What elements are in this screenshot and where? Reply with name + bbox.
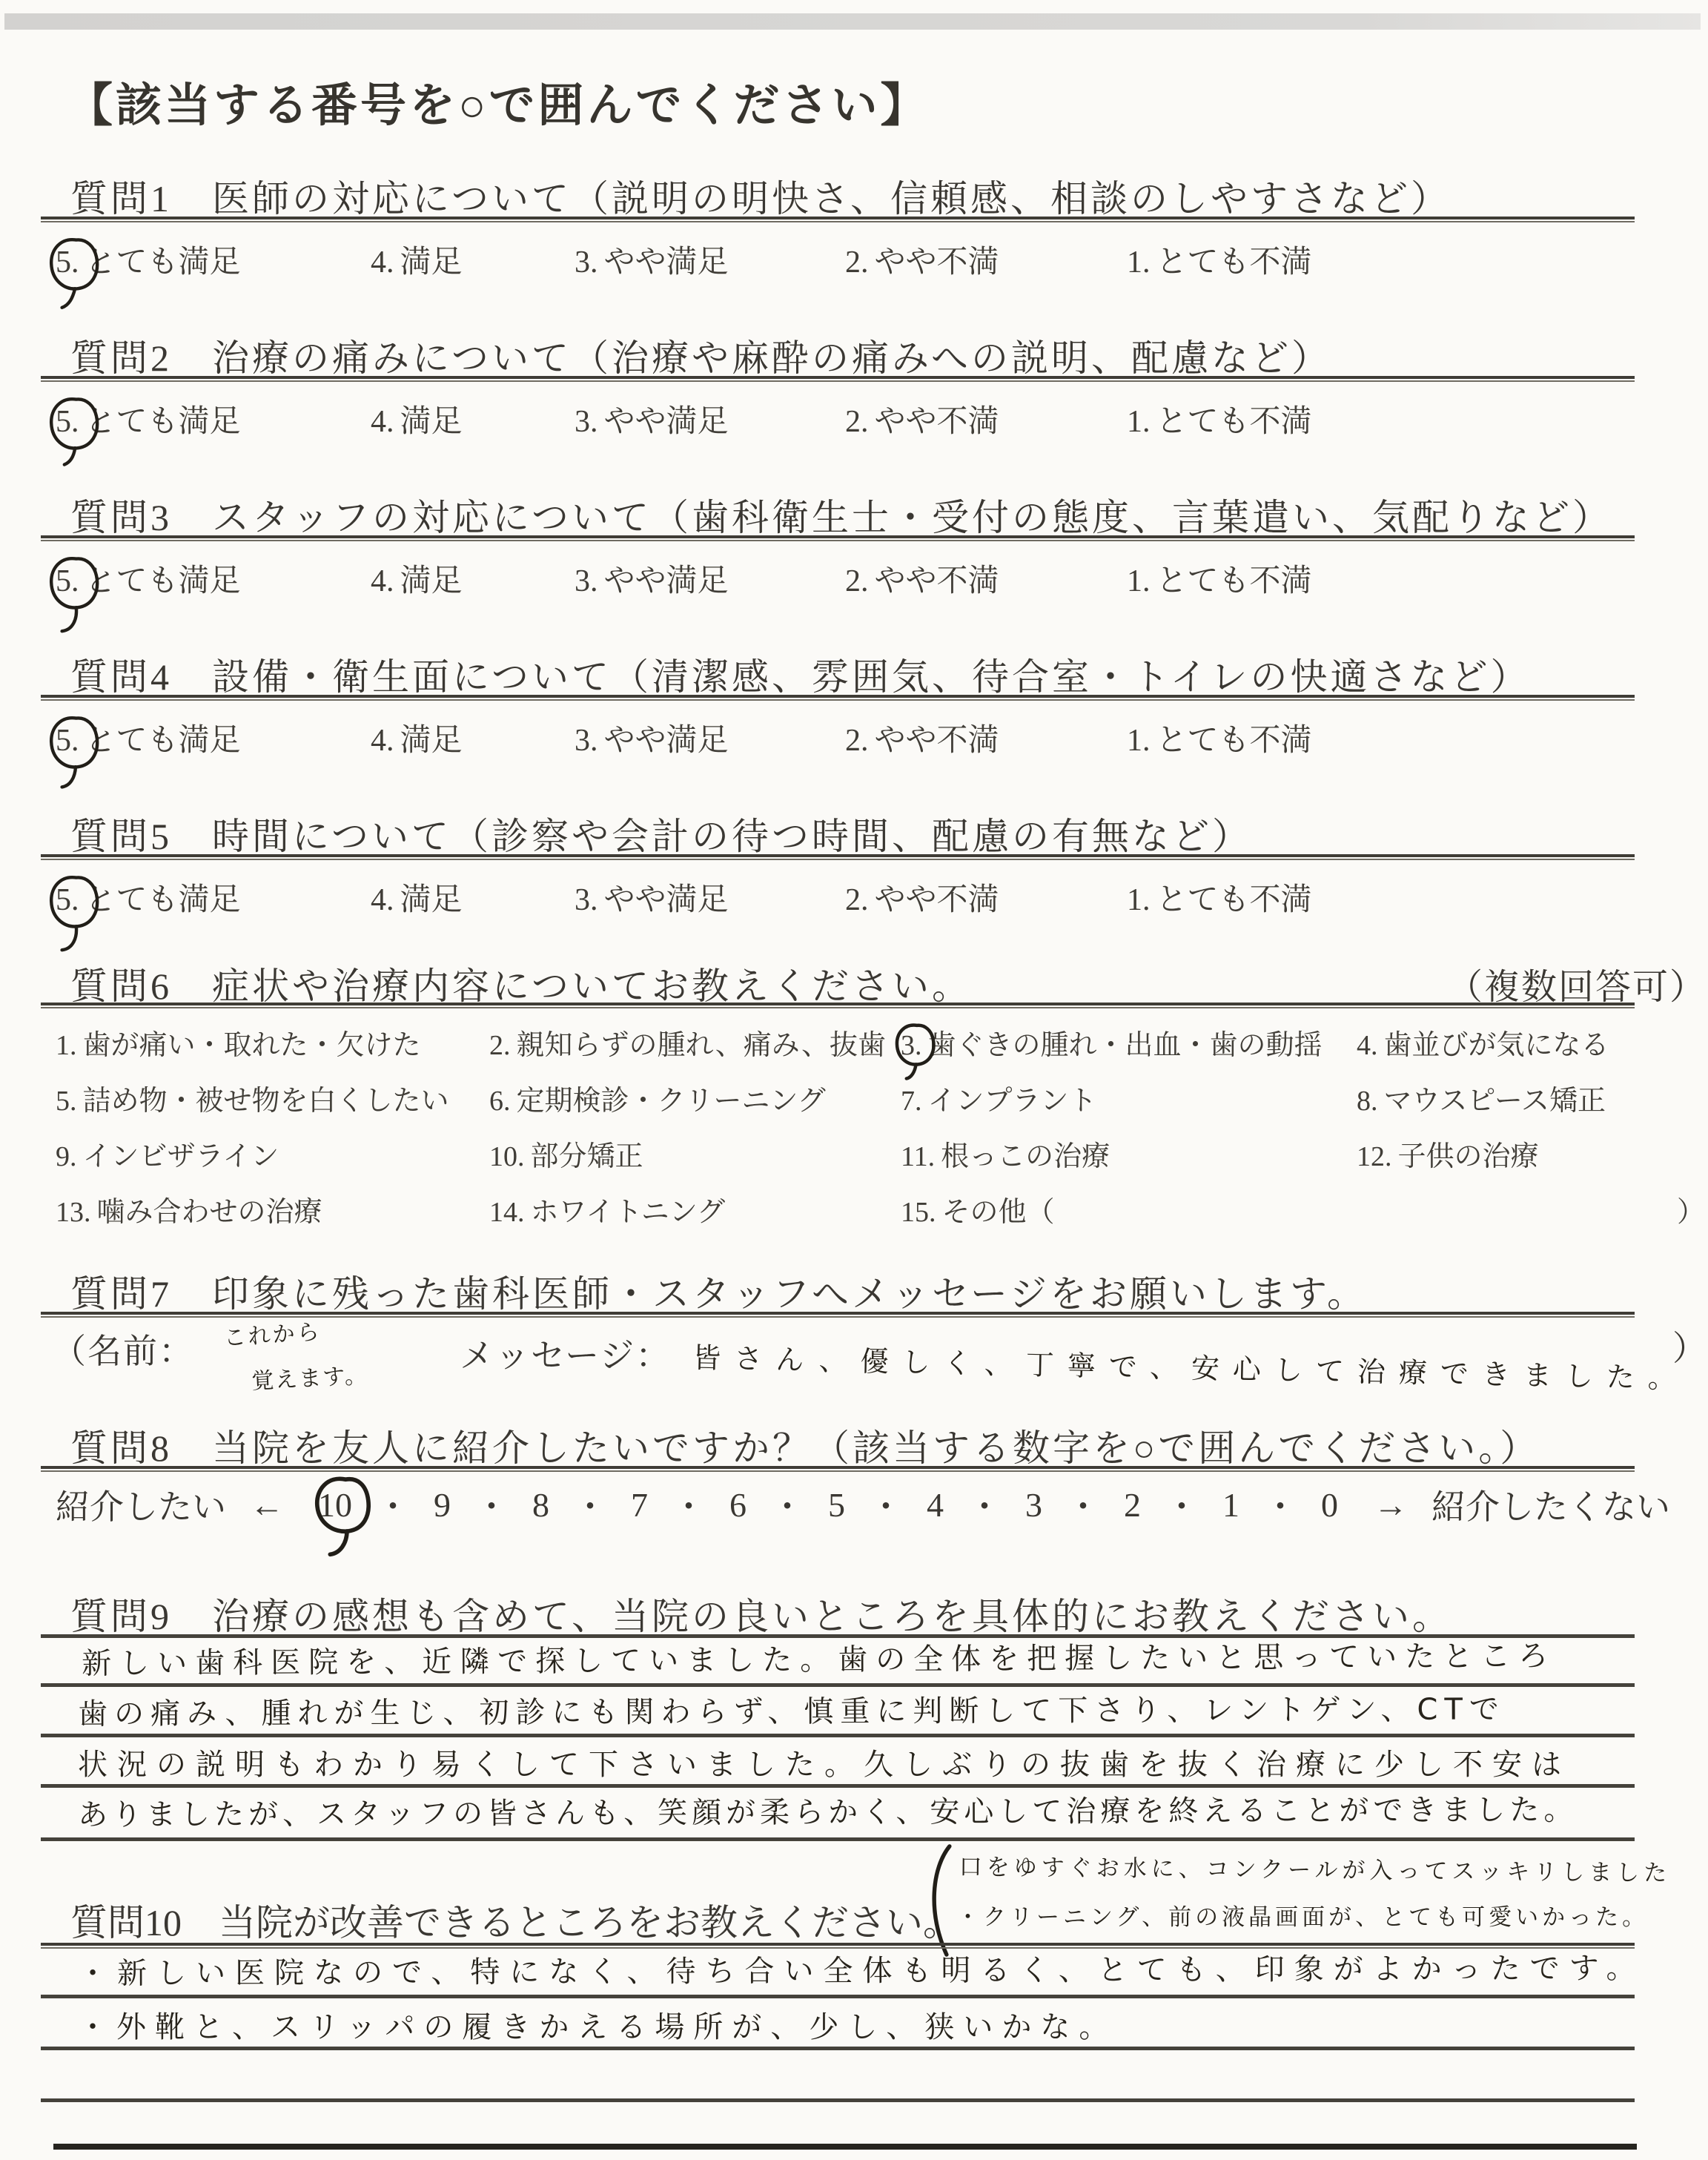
- option-number-text: 3.: [575, 723, 598, 759]
- option-number-text: 3.: [575, 564, 598, 599]
- scale-dot: ・: [1263, 1480, 1297, 1529]
- scale-number-7: 7: [631, 1485, 648, 1525]
- scale-right-label: 紹介したくない: [1431, 1480, 1670, 1529]
- q6-other-close-paren: ）: [1677, 1189, 1705, 1229]
- q1-option-5-number: 5.: [56, 245, 79, 280]
- q6-option-6: 6.定期検診・クリーニング: [489, 1077, 826, 1118]
- q6-option-8: 8.マウスピース矯正: [1357, 1077, 1606, 1118]
- option-number-text: 2.: [845, 882, 869, 918]
- q5-option-3: 3.やや満足: [575, 875, 729, 919]
- q6-option-3: 3.歯ぐきの腫れ・出血・歯の動揺: [901, 1022, 1323, 1063]
- q6-option-10: 10.部分矯正: [489, 1133, 643, 1174]
- scale-left-label: 紹介したい: [56, 1480, 226, 1529]
- writing-line: [41, 2047, 1635, 2050]
- option-label: やや満足: [604, 405, 729, 439]
- option-number-text: 1.: [1127, 564, 1151, 599]
- option-number-text: 9.: [56, 1140, 77, 1173]
- option-label: インビザライン: [83, 1141, 279, 1172]
- q4-option-2: 2.やや不満: [845, 716, 999, 760]
- q6-option-11: 11.根っこの治療: [901, 1133, 1110, 1174]
- scale-number-9: 9: [434, 1485, 451, 1525]
- option-number-text: 5.: [56, 1085, 77, 1117]
- writing-line: [41, 1734, 1635, 1737]
- q4-option-1: 1.とても不満: [1127, 716, 1312, 760]
- scale-number-3: 3: [1025, 1485, 1042, 1525]
- q6-option-15: 15.その他（: [901, 1189, 1055, 1229]
- option-label: とても不満: [1156, 405, 1312, 439]
- q6-option-14: 14.ホワイトニング: [489, 1189, 725, 1229]
- q6-option-5: 5.詰め物・被せ物を白くしたい: [56, 1077, 449, 1118]
- option-label: やや不満: [875, 405, 999, 439]
- q3-option-5: 5.とても満足: [56, 556, 241, 601]
- option-label: 歯が痛い・取れた・欠けた: [83, 1030, 421, 1061]
- question-5-header: 質問5 時間について（診察や会計の待つ時間、配慮の有無など）: [70, 807, 1252, 860]
- left-arrow-icon: ←: [250, 1485, 284, 1525]
- q5-option-4: 4.満足: [371, 875, 463, 919]
- scale-number-text: 10: [318, 1486, 352, 1524]
- option-label: インプラント: [928, 1086, 1097, 1117]
- q10-handwriting-line2: ・外靴と、スリッパの履きかえる場所が、少し、狭いかな。: [78, 2004, 1117, 2046]
- option-label: 満足: [400, 724, 463, 758]
- name-handwriting-line2: 覚えます。: [251, 1357, 369, 1396]
- option-label: 歯並びが気になる: [1384, 1030, 1609, 1061]
- option-label: やや不満: [875, 564, 999, 598]
- recommend-scale: 紹介したい ← 10 ・ 9 ・ 8 ・ 7 ・ 6 ・ 5 ・ 4 ・ 3 ・…: [56, 1480, 1670, 1529]
- q2-option-5: 5.とても満足: [56, 397, 241, 441]
- question-1-header: 質問1 医師の対応について（説明の明快さ、信頼感、相談のしやすさなど）: [70, 169, 1451, 222]
- divider: [41, 535, 1635, 541]
- option-number-text: 5.: [56, 245, 79, 280]
- option-number-text: 8.: [1357, 1085, 1378, 1117]
- question-3-header: 質問3 スタッフの対応について（歯科衛生士・受付の態度、言葉遣い、気配りなど）: [70, 488, 1612, 541]
- q6-option-12: 12.子供の治療: [1357, 1133, 1539, 1174]
- option-label: 詰め物・被せ物を白くしたい: [83, 1086, 449, 1117]
- q6-option-2: 2.親知らずの腫れ、痛み、抜歯: [489, 1022, 886, 1063]
- option-label: その他（: [942, 1197, 1055, 1228]
- q4-option-3: 3.やや満足: [575, 716, 729, 760]
- option-number-text: 3.: [575, 882, 598, 918]
- option-label: 定期検診・クリーニング: [517, 1086, 826, 1117]
- option-number-text: 2.: [845, 564, 869, 599]
- option-number-text: 11.: [901, 1140, 935, 1173]
- option-number-text: 6.: [489, 1085, 511, 1117]
- q3-option-5-number: 5.: [56, 564, 79, 599]
- q3-option-2: 2.やや不満: [845, 556, 999, 601]
- option-label: 根っこの治療: [941, 1141, 1110, 1172]
- q6-row-2: 5.詰め物・被せ物を白くしたい 6.定期検診・クリーニング 7.インプラント 8…: [0, 1077, 1708, 1129]
- question-8-header: 質問8 当院を友人に紹介したいですか？（該当する数字を○で囲んでください。）: [70, 1418, 1540, 1472]
- option-label: とても満足: [85, 245, 241, 280]
- option-number-text: 10.: [489, 1140, 525, 1173]
- option-number-text: 4.: [371, 404, 394, 440]
- scale-dot: ・: [672, 1480, 706, 1529]
- q7-close-paren: ）: [1672, 1321, 1708, 1370]
- q2-option-4: 4.満足: [371, 397, 463, 441]
- option-number-text: 4.: [371, 882, 394, 918]
- scale-dot: ・: [474, 1480, 509, 1529]
- option-number-text: 4.: [1357, 1029, 1378, 1062]
- question-3-options: 5.とても満足 4.満足 3.やや満足 2.やや不満 1.とても不満: [0, 556, 1708, 608]
- scale-dot: ・: [1165, 1480, 1199, 1529]
- q6-option-9: 9.インビザライン: [56, 1133, 279, 1174]
- q3-option-4: 4.満足: [371, 556, 463, 601]
- divider: [41, 376, 1635, 382]
- option-number-text: 5.: [56, 883, 79, 917]
- option-number-text: 3.: [575, 245, 598, 280]
- option-label: 満足: [400, 564, 463, 598]
- option-label: とても満足: [85, 564, 241, 598]
- question-1-options: 5.とても満足 4.満足 3.やや満足 2.やや不満 1.とても不満: [0, 237, 1708, 289]
- q2-option-2: 2.やや不満: [845, 397, 999, 441]
- scale-dot: ・: [376, 1480, 410, 1529]
- option-label: 歯ぐきの腫れ・出血・歯の動揺: [928, 1030, 1323, 1061]
- q5-option-5-number: 5.: [56, 882, 79, 918]
- scale-number-6: 6: [729, 1485, 747, 1525]
- option-label: やや満足: [604, 724, 729, 758]
- q2-option-1: 1.とても不満: [1127, 397, 1312, 441]
- option-label: 親知らずの腫れ、痛み、抜歯: [517, 1030, 887, 1061]
- q9-handwriting-line1: 新しい歯科医院を、近隣で探していました。歯の全体を把握したいと思っていたところ: [82, 1633, 1556, 1682]
- divider: [41, 854, 1635, 860]
- divider: [41, 1003, 1635, 1008]
- q6-option-3-number: 3.: [901, 1029, 922, 1062]
- option-number-text: 5.: [56, 405, 79, 439]
- q2-option-3: 3.やや満足: [575, 397, 729, 441]
- q10-handwriting-line1: ・新しい医院なので、特になく、待ち合い全体も明るく、とても、印象がよかったです。: [78, 1945, 1646, 1992]
- option-number-text: 14.: [489, 1196, 525, 1229]
- option-label: やや満足: [604, 883, 729, 917]
- option-number-text: 2.: [489, 1029, 511, 1062]
- question-10-header: 質問10 当院が改善できるところをお教えください。: [70, 1893, 960, 1946]
- question-2-header: 質問2 治療の痛みについて（治療や麻酔の痛みへの説明、配慮など）: [70, 328, 1331, 382]
- question-2-options: 5.とても満足 4.満足 3.やや満足 2.やや不満 1.とても不満: [0, 397, 1708, 449]
- divider: [41, 217, 1635, 222]
- option-label: やや満足: [604, 564, 729, 598]
- option-number-text: 4.: [371, 245, 394, 280]
- option-number-text: 1.: [1127, 723, 1151, 759]
- scale-number-10: 10: [318, 1485, 352, 1525]
- q5-option-5: 5.とても満足: [56, 875, 241, 919]
- question-5-options: 5.とても満足 4.満足 3.やや満足 2.やや不満 1.とても不満: [0, 875, 1708, 927]
- option-label: 子供の治療: [1398, 1141, 1539, 1172]
- option-label: とても満足: [85, 405, 241, 439]
- scale-number-4: 4: [927, 1485, 944, 1525]
- q6-row-3: 9.インビザライン 10.部分矯正 11.根っこの治療 12.子供の治療: [0, 1133, 1708, 1185]
- option-number-text: 5.: [56, 724, 79, 758]
- option-label: とても満足: [85, 724, 241, 758]
- message-handwriting: 皆さん、優しく、丁寧で、安心して治療できました。: [692, 1335, 1690, 1396]
- scale-number-5: 5: [828, 1485, 845, 1525]
- scale-dot: ・: [573, 1480, 607, 1529]
- q9-handwriting-line3: 状況の説明もわかり易くして下さいました。久しぶりの抜歯を抜く治療に少し不安は: [78, 1741, 1571, 1783]
- option-number-text: 15.: [901, 1196, 936, 1229]
- multi-answer-note: （複数回答可）: [1447, 958, 1707, 1009]
- scale-number-1: 1: [1222, 1485, 1239, 1525]
- q6-option-13: 13.噛み合わせの治療: [56, 1189, 322, 1229]
- option-label: やや不満: [875, 245, 999, 280]
- scale-dot: ・: [967, 1480, 1002, 1529]
- option-number-text: 2.: [845, 723, 869, 759]
- option-number-text: 12.: [1357, 1140, 1392, 1173]
- scale-dot: ・: [1066, 1480, 1100, 1529]
- q3-option-1: 1.とても不満: [1127, 556, 1312, 601]
- option-label: 満足: [400, 405, 463, 439]
- q4-option-4: 4.満足: [371, 716, 463, 760]
- page-title: 【該当する番号を○で囲んでください】: [67, 68, 929, 134]
- option-number-text: 4.: [371, 723, 394, 759]
- writing-line: [41, 1837, 1635, 1841]
- writing-line: [41, 1995, 1635, 1998]
- q4-option-5: 5.とても満足: [56, 716, 241, 760]
- scale-number-0: 0: [1321, 1485, 1338, 1525]
- option-label: ホワイトニング: [531, 1197, 726, 1228]
- option-number-text: 1.: [1127, 882, 1151, 918]
- name-field-label: （名前：: [52, 1324, 194, 1373]
- option-label: 満足: [400, 245, 463, 280]
- q1-option-3: 3.やや満足: [575, 237, 729, 282]
- option-number-text: 13.: [56, 1196, 91, 1229]
- name-handwriting-line1: これから: [222, 1313, 322, 1353]
- option-label: 満足: [400, 883, 463, 917]
- option-number-text: 5.: [56, 564, 79, 598]
- divider: [41, 1466, 1635, 1472]
- option-label: とても満足: [85, 883, 241, 917]
- q5-option-2: 2.やや不満: [845, 875, 999, 919]
- option-label: 噛み合わせの治療: [97, 1197, 322, 1228]
- q6-option-1: 1.歯が痛い・取れた・欠けた: [56, 1022, 421, 1063]
- option-label: 部分矯正: [531, 1141, 643, 1172]
- scale-number-8: 8: [532, 1485, 549, 1525]
- option-number-text: 3.: [575, 404, 598, 440]
- scanned-survey-page: { "page": { "title": "【該当する番号を○で囲んでください】…: [0, 0, 1708, 2160]
- scale-dot: ・: [869, 1480, 903, 1529]
- scale-dot: ・: [770, 1480, 804, 1529]
- q6-row-1: 1.歯が痛い・取れた・欠けた 2.親知らずの腫れ、痛み、抜歯 3.歯ぐきの腫れ・…: [0, 1022, 1708, 1074]
- option-number-text: 1.: [56, 1029, 77, 1062]
- option-number-text: 1.: [1127, 404, 1151, 440]
- option-number-text: 2.: [845, 404, 869, 440]
- q1-option-4: 4.満足: [371, 237, 463, 282]
- q10-side-note-2: ・クリーニング、前の液晶画面が、とても可愛いかった。: [956, 1898, 1649, 1932]
- q5-option-1: 1.とても不満: [1127, 875, 1312, 919]
- q9-handwriting-line2: 歯の痛み、腫れが生じ、初診にも関わらず、慎重に判断して下さり、レントゲン、CTで: [78, 1685, 1506, 1733]
- writing-line: [41, 2098, 1635, 2102]
- q10-side-note-1: 口をゆすぐお水に、コンクールが入ってスッキリしました: [959, 1848, 1672, 1887]
- question-9-header: 質問9 治療の感想も含めて、当院の良いところを具体的にお教えください。: [70, 1587, 1452, 1640]
- q4-option-5-number: 5.: [56, 723, 79, 759]
- option-label: とても不満: [1156, 724, 1312, 758]
- q6-option-4: 4.歯並びが気になる: [1357, 1022, 1609, 1063]
- option-number-text: 3.: [901, 1030, 922, 1061]
- question-4-options: 5.とても満足 4.満足 3.やや満足 2.やや不満 1.とても不満: [0, 716, 1708, 767]
- q1-option-2: 2.やや不満: [845, 237, 999, 282]
- option-number-text: 1.: [1127, 245, 1151, 280]
- option-number-text: 2.: [845, 245, 869, 280]
- q6-option-7: 7.インプラント: [901, 1077, 1097, 1118]
- option-label: とても不満: [1156, 564, 1312, 598]
- option-label: とても不満: [1156, 883, 1312, 917]
- option-label: やや不満: [875, 883, 999, 917]
- option-number-text: 4.: [371, 564, 394, 599]
- message-field-label: メッセージ：: [460, 1329, 671, 1378]
- question-4-header: 質問4 設備・衛生面について（清潔感、雰囲気、待合室・トイレの快適さなど）: [70, 647, 1531, 701]
- question-7-header: 質問7 印象に残った歯科医師・スタッフへメッセージをお願いします。: [70, 1264, 1367, 1318]
- option-label: やや満足: [604, 245, 729, 280]
- option-label: とても不満: [1156, 245, 1312, 280]
- option-label: やや不満: [875, 724, 999, 758]
- divider: [41, 695, 1635, 701]
- q6-row-4: 13.噛み合わせの治療 14.ホワイトニング 15.その他（ ）: [0, 1189, 1708, 1241]
- q1-option-5: 5.とても満足: [56, 237, 241, 282]
- q2-option-5-number: 5.: [56, 404, 79, 440]
- q9-handwriting-line4: ありましたが、スタッフの皆さんも、笑顔が柔らかく、安心して治療を終えることができ…: [78, 1786, 1578, 1834]
- q3-option-3: 3.やや満足: [575, 556, 729, 601]
- scan-gray-band: [4, 13, 1701, 30]
- q1-option-1: 1.とても不満: [1127, 237, 1312, 282]
- option-number-text: 7.: [901, 1085, 922, 1117]
- option-label: マウスピース矯正: [1384, 1086, 1606, 1117]
- scale-number-2: 2: [1124, 1485, 1141, 1525]
- page-bottom-line: [53, 2144, 1637, 2150]
- right-arrow-icon: →: [1374, 1485, 1408, 1525]
